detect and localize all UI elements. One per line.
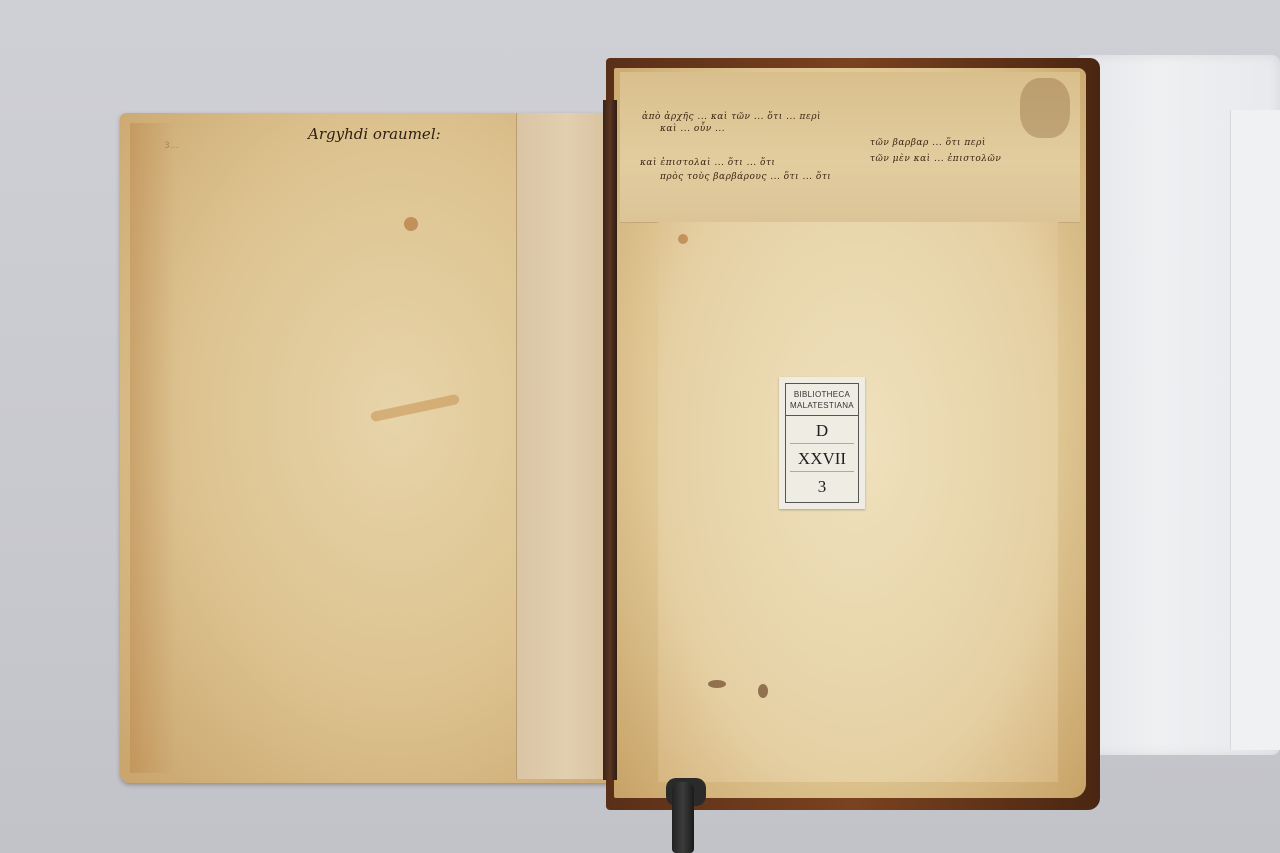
label-number: 3	[790, 472, 854, 499]
stain	[370, 394, 460, 422]
stain	[708, 680, 726, 688]
annotated-strip: ἀπὸ ἀρχῆς ... καὶ τῶν ... ὅτι ... περὶ κ…	[620, 72, 1080, 223]
label-plut: D	[790, 416, 854, 444]
label-header-line2: MALATESTIANA	[786, 400, 858, 411]
pencil-note: 3...	[164, 141, 178, 151]
stain	[1020, 78, 1070, 138]
clasp-strap	[672, 782, 694, 853]
spine	[603, 100, 617, 780]
label-header-line1: BIBLIOTHECA	[786, 389, 858, 400]
greek-annotation: καὶ ἐπιστολαὶ ... ὅτι ... ὅτι	[640, 158, 775, 168]
label-header: BIBLIOTHECA MALATESTIANA	[786, 384, 858, 416]
owner-signature: Argyhdi oraumel:	[308, 125, 441, 143]
library-shelf-label: BIBLIOTHECA MALATESTIANA D XXVII 3	[779, 377, 865, 509]
greek-annotation: ἀπὸ ἀρχῆς ... καὶ τῶν ... ὅτι ... περὶ	[642, 112, 821, 122]
foam-support-edge	[1230, 110, 1280, 750]
greek-annotation: πρὸς τοὺς βαρβάρους ... ὅτι ... ὅτι	[660, 172, 831, 182]
greek-annotation: τῶν μὲν καὶ ... ἐπιστολῶν	[870, 154, 1001, 164]
stain	[758, 684, 768, 698]
greek-annotation: τῶν βαρβαρ ... ὅτι περὶ	[870, 138, 986, 148]
greek-annotation: καὶ ... οὖν ...	[660, 124, 725, 134]
label-shelf: XXVII	[790, 444, 854, 472]
stain	[678, 234, 688, 244]
paper-stub	[516, 113, 617, 779]
stain	[404, 217, 418, 231]
